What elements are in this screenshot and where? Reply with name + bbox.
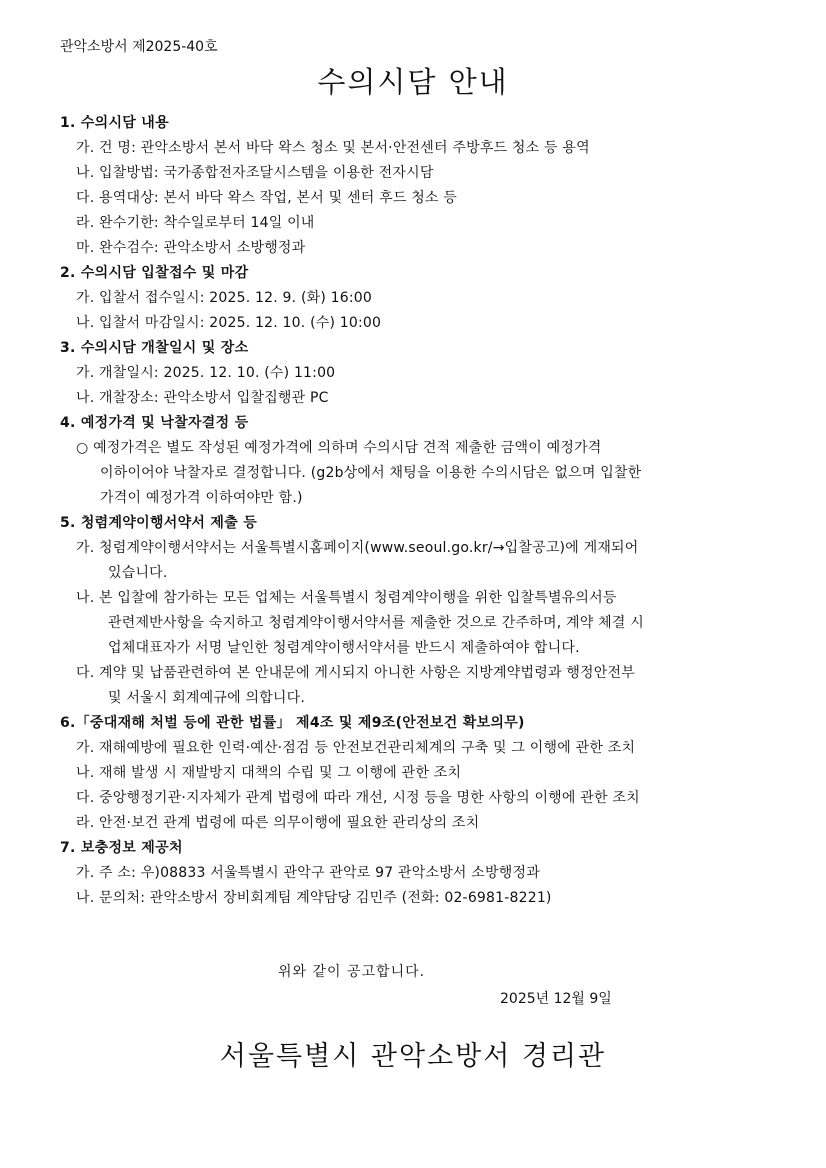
list-item: 가. 건 명: 관악소방서 본서 바닥 왁스 청소 및 본서·안전센터 주방후드… <box>60 136 780 161</box>
issuer-signature: 서울특별시 관악소방서 경리관 <box>0 1034 826 1073</box>
section-6: 6.「중대재해 처벌 등에 관한 법률」 제4조 및 제9조(안전보건 확보의무… <box>60 711 780 836</box>
section-heading: 5. 청렴계약이행서약서 제출 등 <box>60 511 780 536</box>
list-item: 가. 청렴계약이행서약서는 서울특별시홈페이지(www.seoul.go.kr/… <box>60 536 780 561</box>
section-5: 5. 청렴계약이행서약서 제출 등 가. 청렴계약이행서약서는 서울특별시홈페이… <box>60 511 780 711</box>
list-item: 다. 중앙행정기관·지자체가 관계 법령에 따라 개선, 시정 등을 명한 사항… <box>60 786 780 811</box>
section-heading: 1. 수의시담 내용 <box>60 111 780 136</box>
bullet-item: ○ 예정가격은 별도 작성된 예정가격에 의하며 수의시담 견적 제출한 금액이… <box>60 436 780 461</box>
document-title: 수의시담 안내 <box>0 60 826 101</box>
section-heading: 7. 보충정보 제공처 <box>60 836 780 861</box>
bullet-continuation: 가격이 예정가격 이하여야만 함.) <box>60 486 780 511</box>
list-item: 다. 용역대상: 본서 바닥 왁스 작업, 본서 및 센터 후드 청소 등 <box>60 186 780 211</box>
document-body: 1. 수의시담 내용 가. 건 명: 관악소방서 본서 바닥 왁스 청소 및 본… <box>60 111 780 911</box>
list-item: 나. 재해 발생 시 재발방지 대책의 수립 및 그 이행에 관한 조치 <box>60 761 780 786</box>
section-2: 2. 수의시담 입찰접수 및 마감 가. 입찰서 접수일시: 2025. 12.… <box>60 261 780 336</box>
list-item: 라. 완수기한: 착수일로부터 14일 이내 <box>60 211 780 236</box>
list-item-continuation: 업체대표자가 서명 날인한 청렴계약이행서약서를 반드시 제출하여야 합니다. <box>60 636 780 661</box>
section-1: 1. 수의시담 내용 가. 건 명: 관악소방서 본서 바닥 왁스 청소 및 본… <box>60 111 780 261</box>
list-item-continuation: 및 서울시 회계예규에 의합니다. <box>60 686 780 711</box>
bullet-continuation: 이하이어야 낙찰자로 결정합니다. (g2b상에서 채팅을 이용한 수의시담은 … <box>60 461 780 486</box>
address-item: 가. 주 소: 우)08833 서울특별시 관악구 관악로 97 관악소방서 소… <box>60 861 780 886</box>
list-item: 가. 개찰일시: 2025. 12. 10. (수) 11:00 <box>60 361 780 386</box>
list-item: 가. 재해예방에 필요한 인력·예산·점검 등 안전보건관리체계의 구축 및 그… <box>60 736 780 761</box>
closing-statement: 위와 같이 공고합니다. <box>278 961 425 981</box>
document-number: 관악소방서 제2025-40호 <box>60 36 218 56</box>
section-heading: 4. 예정가격 및 낙찰자결정 등 <box>60 411 780 436</box>
list-item: 라. 안전·보건 관계 법령에 따른 의무이행에 필요한 관리상의 조치 <box>60 811 780 836</box>
section-heading: 3. 수의시담 개찰일시 및 장소 <box>60 336 780 361</box>
list-item: 마. 완수검수: 관악소방서 소방행정과 <box>60 236 780 261</box>
list-item: 다. 계약 및 납품관련하여 본 안내문에 게시되지 아니한 사항은 지방계약법… <box>60 661 780 686</box>
section-7: 7. 보충정보 제공처 가. 주 소: 우)08833 서울특별시 관악구 관악… <box>60 836 780 911</box>
announcement-date: 2025년 12월 9일 <box>500 988 612 1008</box>
list-item: 나. 본 입찰에 참가하는 모든 업체는 서울특별시 청렴계약이행을 위한 입찰… <box>60 586 780 611</box>
section-3: 3. 수의시담 개찰일시 및 장소 가. 개찰일시: 2025. 12. 10.… <box>60 336 780 411</box>
list-item: 나. 입찰서 마감일시: 2025. 12. 10. (수) 10:00 <box>60 311 780 336</box>
list-item: 가. 입찰서 접수일시: 2025. 12. 9. (화) 16:00 <box>60 286 780 311</box>
list-item: 나. 개찰장소: 관악소방서 입찰집행관 PC <box>60 386 780 411</box>
list-item-continuation: 관련제반사항을 숙지하고 청렴계약이행서약서를 제출한 것으로 간주하며, 계약… <box>60 611 780 636</box>
document-page: 관악소방서 제2025-40호 수의시담 안내 1. 수의시담 내용 가. 건 … <box>0 0 826 1168</box>
section-heading: 2. 수의시담 입찰접수 및 마감 <box>60 261 780 286</box>
list-item: 나. 입찰방법: 국가종합전자조달시스템을 이용한 전자시담 <box>60 161 780 186</box>
section-heading: 6.「중대재해 처벌 등에 관한 법률」 제4조 및 제9조(안전보건 확보의무… <box>60 711 780 736</box>
section-4: 4. 예정가격 및 낙찰자결정 등 ○ 예정가격은 별도 작성된 예정가격에 의… <box>60 411 780 511</box>
contact-item: 나. 문의처: 관악소방서 장비회계팀 계약담당 김민주 (전화: 02-698… <box>60 886 780 911</box>
list-item-continuation: 있습니다. <box>60 561 780 586</box>
